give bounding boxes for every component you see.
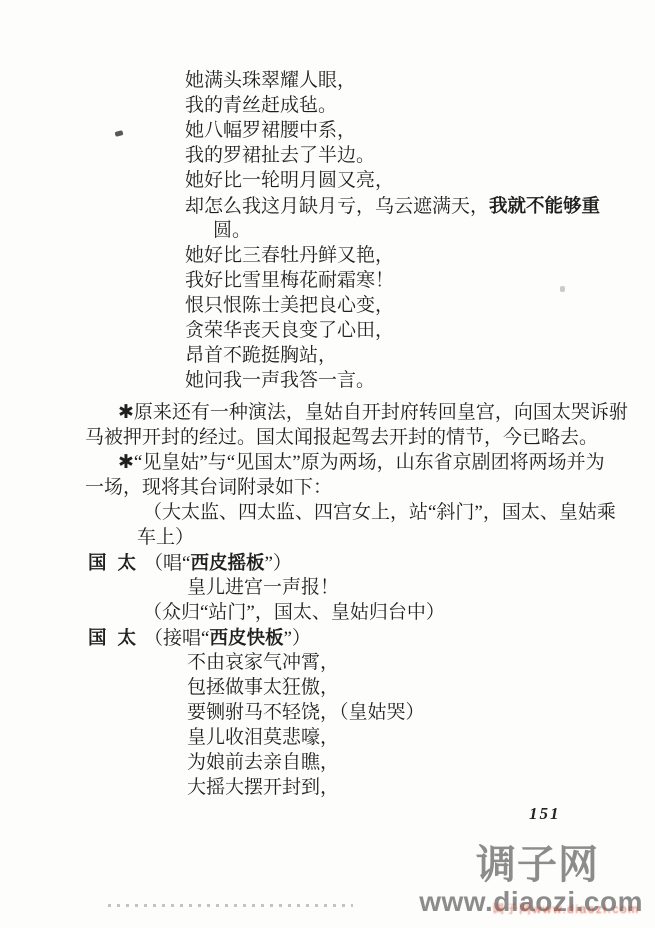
text-run: 她满头珠翠耀人眼， — [185, 70, 356, 91]
text-line: 包拯做事太狂傲， — [0, 675, 655, 700]
text-line: 我的罗裙扯去了半边。 — [0, 143, 655, 168]
text-line: 恨只恨陈士美把良心变， — [0, 293, 655, 318]
text-run: 我的青丝赶成毡。 — [185, 95, 337, 116]
text-line: 皇儿进宫一声报！ — [0, 575, 655, 600]
text-line: （大太监、四太监、四宫女上，站“斜门”，国太、皇姑乘 — [0, 500, 655, 525]
text-run: 恨只恨陈士美把良心变， — [185, 295, 394, 316]
text-line: 马被押开封的经过。国太闻报起驾去开封的情节，今已略去。 — [0, 425, 655, 450]
text-run: （大太监、四太监、四宫女上，站“斜门”，国太、皇姑乘 — [143, 502, 616, 523]
text-run: ”） — [283, 628, 310, 649]
text-run: 包拯做事太狂傲， — [187, 677, 339, 698]
text-line: 车上） — [0, 525, 655, 550]
page-text: 她满头珠翠耀人眼，我的青丝赶成毡。她八幅罗裙腰中系，我的罗裙扯去了半边。她好比一… — [0, 68, 655, 800]
text-line: 要铡驸马不轻饶，（皇姑哭） — [0, 700, 655, 725]
text-line: 她好比三春牡丹鲜又艳， — [0, 243, 655, 268]
text-run: （唱“ — [144, 553, 190, 574]
text-line: （众归“站门”，国太、皇姑归台中） — [0, 600, 655, 625]
text-run: 为娘前去亲自瞧， — [187, 752, 339, 773]
text-line: 大摇大摆开封到， — [0, 775, 655, 800]
text-run: 马被押开封的经过。国太闻报起驾去开封的情节，今已略去。 — [85, 427, 598, 448]
text-line: 为娘前去亲自瞧， — [0, 750, 655, 775]
text-line: 国太（接唱“西皮快板”） — [0, 625, 655, 650]
emphasis-text: 国 — [88, 552, 107, 573]
text-run: ✱“见皇姑”与“见国太”原为两场，山东省京剧团将两场并为 — [118, 452, 605, 473]
text-line: 圆。 — [0, 218, 655, 243]
text-run: 皇儿进宫一声报！ — [187, 577, 339, 598]
text-run: 贪荣华丧天良变了心田， — [185, 320, 394, 341]
text-run: （接唱“ — [144, 628, 209, 649]
emphasis-text: 太 — [118, 627, 137, 648]
text-line: 她八幅罗裙腰中系， — [0, 118, 655, 143]
text-run: ”） — [264, 553, 291, 574]
emphasis-text: 太 — [118, 552, 137, 573]
text-run: 她八幅罗裙腰中系， — [185, 120, 356, 141]
text-line: 国太（唱“西皮摇板”） — [0, 550, 655, 575]
text-line: ✱原来还有一种演法，皇姑自开封府转回皇宫，向国太哭诉驸 — [0, 400, 655, 425]
text-run: 她好比三春牡丹鲜又艳， — [185, 245, 394, 266]
text-run: 她问我一声我答一言。 — [185, 370, 375, 391]
watermark-site-name: 调子网 — [476, 845, 599, 885]
text-run: （众归“站门”，国太、皇姑归台中） — [143, 602, 445, 623]
emphasis-text: 国 — [88, 627, 107, 648]
text-run: 却怎么我这月缺月亏，乌云遮满天， — [185, 196, 489, 217]
text-run: ✱原来还有一种演法，皇姑自开封府转回皇宫，向国太哭诉驸 — [118, 402, 628, 423]
text-line: 我好比雪里梅花耐霜寒！ — [0, 268, 655, 293]
scan-artifact-line — [108, 904, 353, 907]
text-line: 她问我一声我答一言。 — [0, 368, 655, 393]
watermark-red-artifact: 调子网www.diaozi.com — [492, 900, 652, 917]
text-run: 大摇大摆开封到， — [187, 777, 339, 798]
text-line: 不由哀家气冲霄， — [0, 650, 655, 675]
text-line: 贪荣华丧天良变了心田， — [0, 318, 655, 343]
text-line: 她好比一轮明月圆又亮， — [0, 168, 655, 193]
emphasis-text: 西皮快板 — [209, 627, 283, 648]
text-run: 皇儿收泪莫悲嚎， — [187, 727, 339, 748]
text-line: ✱“见皇姑”与“见国太”原为两场，山东省京剧团将两场并为 — [0, 450, 655, 475]
text-line: 昂首不跪挺胸站， — [0, 343, 655, 368]
book-page: 她满头珠翠耀人眼，我的青丝赶成毡。她八幅罗裙腰中系，我的罗裙扯去了半边。她好比一… — [0, 0, 655, 928]
text-run: 车上） — [137, 527, 194, 548]
text-line: 我的青丝赶成毡。 — [0, 93, 655, 118]
text-run: 昂首不跪挺胸站， — [185, 345, 337, 366]
text-run: 不由哀家气冲霄， — [187, 652, 339, 673]
scan-artifact-speck — [560, 286, 565, 292]
text-line: 一场，现将其台词附录如下： — [0, 475, 655, 500]
page-number: 151 — [529, 804, 561, 824]
text-run: 一场，现将其台词附录如下： — [85, 477, 332, 498]
text-run: 圆。 — [213, 220, 251, 241]
text-line: 却怎么我这月缺月亏，乌云遮满天，我就不能够重 — [0, 193, 655, 218]
text-run: 要铡驸马不轻饶，（皇姑哭） — [187, 702, 425, 723]
text-line: 她满头珠翠耀人眼， — [0, 68, 655, 93]
text-run: 我的罗裙扯去了半边。 — [185, 145, 375, 166]
emphasis-text: 西皮摇板 — [190, 552, 264, 573]
text-run: 我好比雪里梅花耐霜寒！ — [185, 270, 394, 291]
emphasis-text: 我就不能够重 — [489, 195, 600, 216]
text-run: 她好比一轮明月圆又亮， — [185, 170, 394, 191]
text-line: 皇儿收泪莫悲嚎， — [0, 725, 655, 750]
